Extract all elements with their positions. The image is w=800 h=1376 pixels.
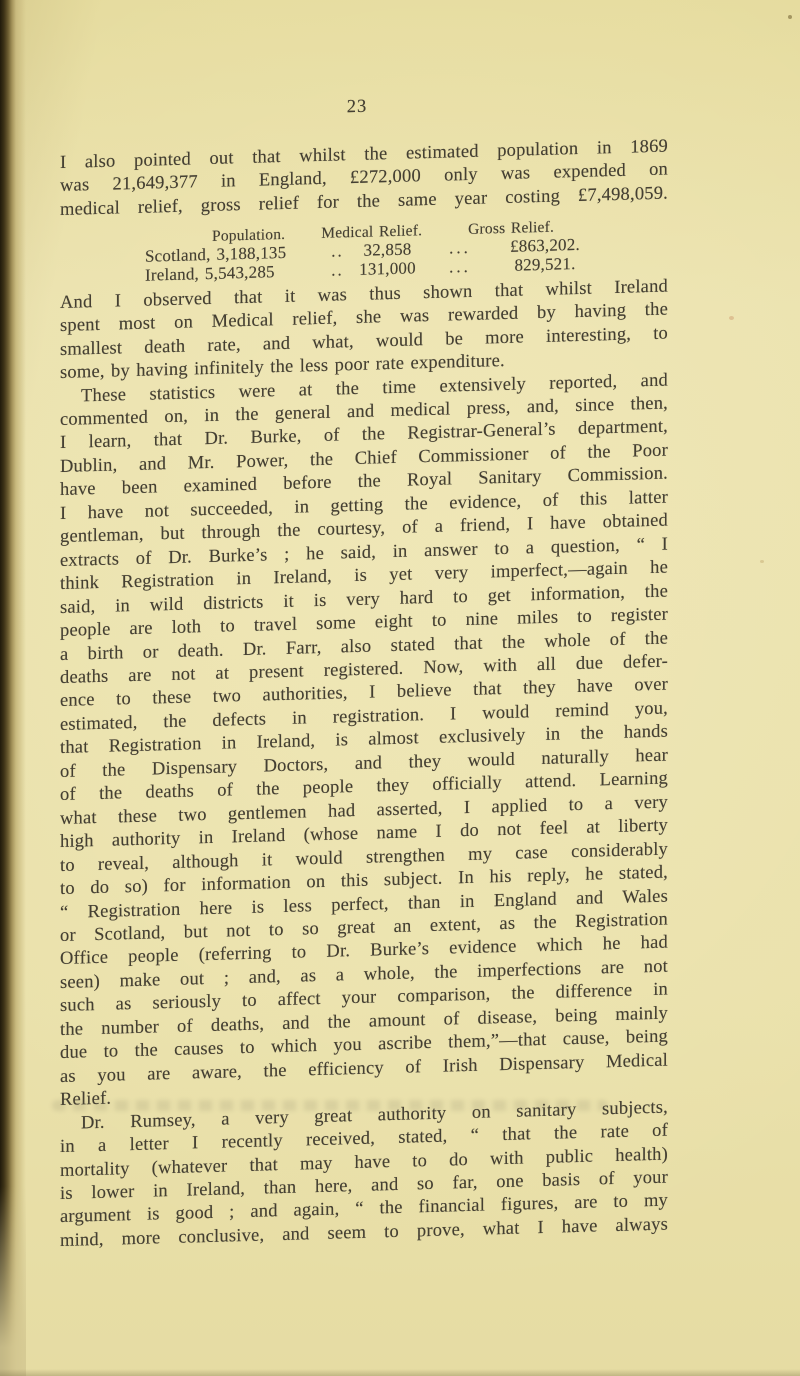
relief-statistics-table: Population. Medical Relief. Gross Relief…	[60, 216, 668, 287]
cell-dots: ..	[325, 242, 350, 262]
bleed-through-ghost-text	[52, 1100, 608, 1111]
cell-medical-relief: 131,000	[350, 258, 425, 279]
book-page-scan: 23 I also pointed out that whilst the es…	[0, 0, 800, 1376]
cell-dots: ..	[325, 261, 350, 281]
table-header-population: Population.	[212, 226, 285, 245]
page-content: 23 I also pointed out that whilst the es…	[60, 136, 668, 1254]
page-number: 23	[60, 88, 668, 128]
paragraph-dr-rumsey: Dr. Rumsey, a very great authority on sa…	[60, 1096, 668, 1253]
cell-gross-relief: 829,521.	[495, 254, 595, 276]
paper-speck	[760, 560, 764, 563]
page-bottom-shadow	[0, 1369, 800, 1376]
binding-edge-fade	[0, 1186, 26, 1376]
cell-dots: ...	[425, 257, 495, 278]
paper-speck	[788, 15, 792, 19]
paper-speck	[729, 316, 734, 320]
paragraph-statistics-reported: These statistics were at the time extens…	[60, 369, 668, 1112]
paragraph-intro: I also pointed out that whilst the estim…	[60, 136, 668, 223]
paragraph-observation: And I observed that it was thus shown th…	[60, 275, 668, 385]
cell-dots: ...	[425, 238, 495, 259]
cell-medical-relief: 32,858	[350, 239, 425, 260]
cell-country-population: Ireland, 5,543,285	[145, 261, 325, 285]
binding-edge-shadow	[0, 0, 26, 1376]
